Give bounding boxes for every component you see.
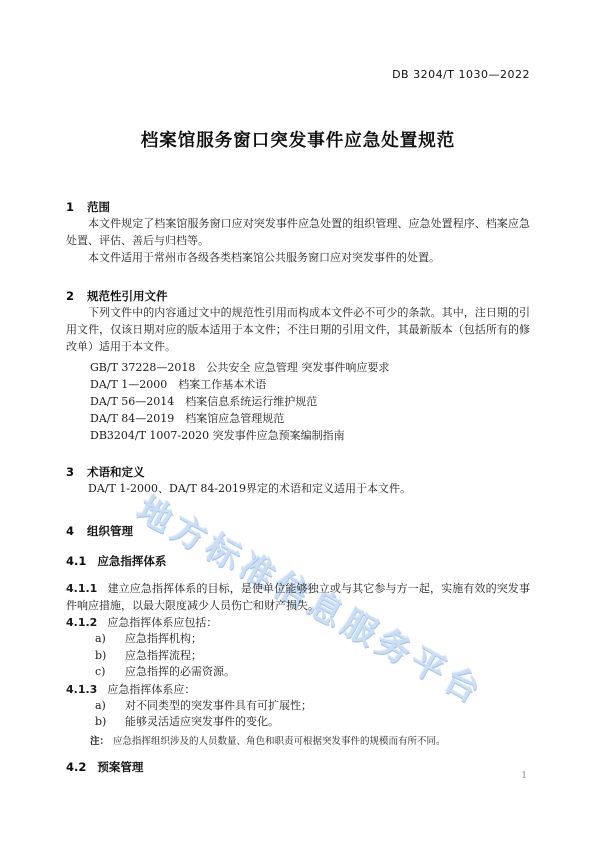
clause-4-1-1-text: 建立应急指挥体系的目标，是使单位能够独立或与其它参与方一起，实施有效的突发事件响… — [66, 582, 530, 612]
clause-4-1-3: 4.1.3应急指挥体系应： — [66, 681, 530, 698]
section-4-1-heading: 4.1应急指挥体系 — [66, 554, 530, 569]
list-item: c)应急指挥的必需资源。 — [95, 664, 530, 681]
section-1-paragraph-2: 本文件适用于常州市各级各类档案馆公共服务窗口应对突发事件的处置。 — [66, 249, 530, 266]
section-2-title: 规范性引用文件 — [87, 289, 168, 303]
clause-4-1-2-text: 应急指挥体系应包括： — [107, 616, 217, 629]
note: 注：应急指挥组织涉及的人员数量、角色和职责可根据突发事件的规模而有所不同。 — [66, 735, 530, 749]
list-item-marker: a) — [95, 631, 125, 648]
page-number: 1 — [521, 771, 527, 781]
section-3-title: 术语和定义 — [87, 465, 145, 479]
clause-4-1-3-number: 4.1.3 — [66, 683, 97, 696]
section-1-paragraph-1: 本文件规定了档案馆服务窗口应对突发事件应急处置的组织管理、应急处置程序、档案应急… — [66, 215, 530, 249]
normative-references-list: GB/T 37228—2018 公共安全 应急管理 突发事件响应要求 DA/T … — [66, 359, 530, 444]
section-1-number: 1 — [66, 200, 74, 214]
section-3-number: 3 — [66, 465, 74, 479]
section-4-2-heading: 4.2预案管理 — [66, 760, 530, 775]
section-4-title: 组织管理 — [87, 524, 133, 538]
list-item-marker: b) — [95, 648, 125, 665]
list-item: a)应急指挥机构； — [95, 631, 530, 648]
clause-4-1-3-list: a)对不同类型的突发事件具有可扩展性； b)能够灵活适应突发事件的变化。 — [66, 698, 530, 731]
section-2-heading: 2规范性引用文件 — [66, 289, 530, 304]
list-item: b)能够灵活适应突发事件的变化。 — [95, 714, 530, 731]
standard-code-header: DB 3204/T 1030—2022 — [66, 68, 530, 81]
page-content: DB 3204/T 1030—2022 档案馆服务窗口突发事件应急处置规范 1范… — [0, 0, 595, 775]
reference-item: DA/T 56—2014 档案信息系统运行维护规范 — [90, 393, 530, 410]
clause-4-1-1-number: 4.1.1 — [66, 582, 97, 595]
reference-item: DA/T 1—2000 档案工作基本术语 — [90, 376, 530, 393]
list-item: b)应急指挥流程； — [95, 648, 530, 665]
note-text: 应急指挥组织涉及的人员数量、角色和职责可根据突发事件的规模而有所不同。 — [113, 736, 446, 747]
list-item-text: 应急指挥机构； — [125, 632, 202, 645]
standard-document-page: 地方标准信息服务平台 DB 3204/T 1030—2022 档案馆服务窗口突发… — [0, 0, 595, 841]
clause-4-1-3-text: 应急指挥体系应： — [107, 683, 195, 696]
list-item-marker: b) — [95, 714, 125, 731]
list-item-text: 应急指挥的必需资源。 — [125, 665, 235, 678]
section-2-number: 2 — [66, 289, 74, 303]
section-4-heading: 4组织管理 — [66, 524, 530, 539]
clause-4-1-2: 4.1.2应急指挥体系应包括： — [66, 614, 530, 631]
reference-item: DA/T 84—2019 档案馆应急管理规范 — [90, 410, 530, 427]
reference-item: DB3204/T 1007-2020 突发事件应急预案编制指南 — [90, 427, 530, 444]
clause-4-1-2-number: 4.1.2 — [66, 616, 97, 629]
section-4-2-number: 4.2 — [66, 760, 86, 774]
section-4-1-title: 应急指挥体系 — [97, 554, 166, 568]
list-item-marker: c) — [95, 664, 125, 681]
list-item-marker: a) — [95, 698, 125, 715]
clause-4-1-1: 4.1.1建立应急指挥体系的目标，是使单位能够独立或与其它参与方一起，实施有效的… — [66, 580, 530, 614]
list-item-text: 应急指挥流程； — [125, 649, 202, 662]
section-1-title: 范围 — [87, 200, 110, 214]
section-3-paragraph-1: DA/T 1-2000、DA/T 84-2019界定的术语和定义适用于本文件。 — [66, 480, 530, 497]
reference-item: GB/T 37228—2018 公共安全 应急管理 突发事件响应要求 — [90, 359, 530, 376]
section-4-1-number: 4.1 — [66, 554, 86, 568]
section-3-heading: 3术语和定义 — [66, 465, 530, 480]
list-item-text: 能够灵活适应突发事件的变化。 — [125, 715, 279, 728]
list-item: a)对不同类型的突发事件具有可扩展性； — [95, 698, 530, 715]
document-title: 档案馆服务窗口突发事件应急处置规范 — [66, 127, 530, 152]
clause-4-1-2-list: a)应急指挥机构； b)应急指挥流程； c)应急指挥的必需资源。 — [66, 631, 530, 681]
section-1-heading: 1范围 — [66, 200, 530, 215]
section-2-intro: 下列文件中的内容通过文中的规范性引用而构成本文件必不可少的条款。其中，注日期的引… — [66, 304, 530, 355]
section-4-number: 4 — [66, 524, 74, 538]
section-4-2-title: 预案管理 — [97, 760, 143, 774]
list-item-text: 对不同类型的突发事件具有可扩展性； — [125, 699, 312, 712]
note-label: 注： — [90, 736, 109, 747]
